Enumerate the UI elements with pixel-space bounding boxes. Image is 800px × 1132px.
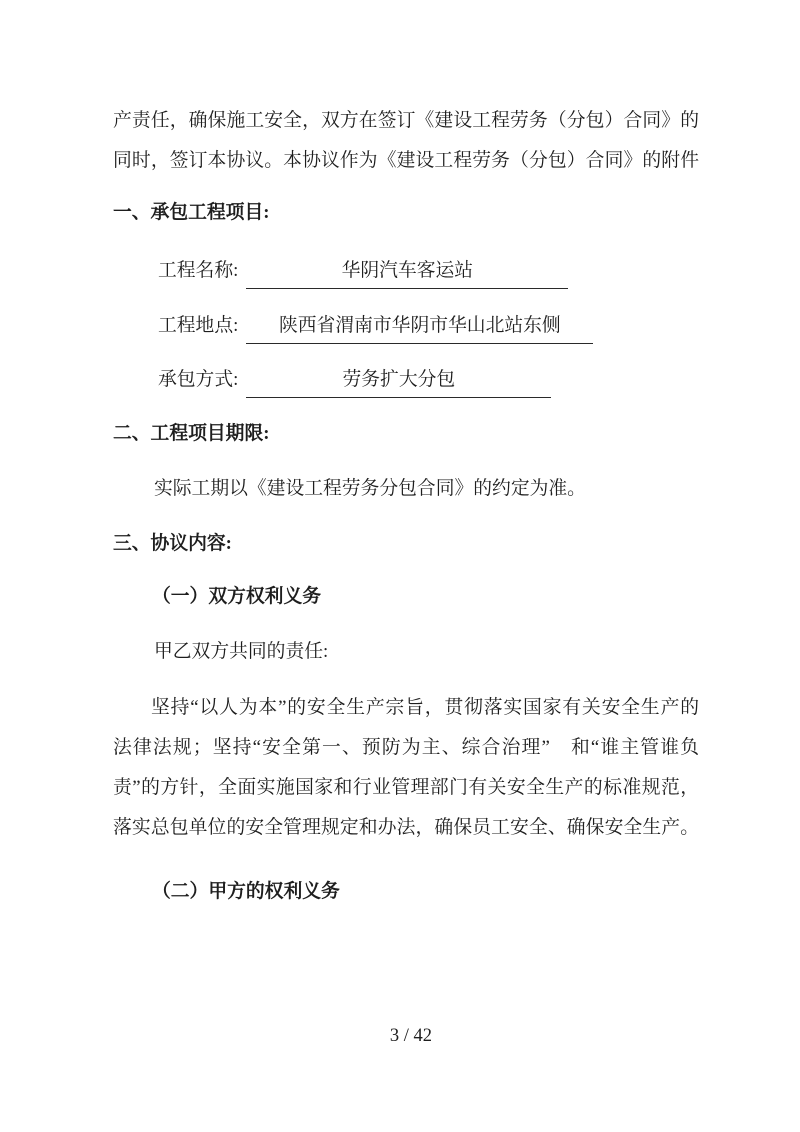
field-underline: 陕西省渭南市华阴市华山北站东侧	[246, 310, 593, 344]
section-1-heading: 一、承包工程项目:	[113, 193, 699, 233]
paragraph-line: 坚持“以人为本”的安全生产宗旨，贯彻落实国家有关安全生产的	[113, 688, 699, 728]
field-value-project-name: 华阴汽车客运站	[342, 260, 473, 281]
field-underline: 劳务扩大分包	[246, 364, 551, 398]
field-underline: 华阴汽车客运站	[246, 255, 568, 289]
field-row-project-name: 工程名称:华阴汽车客运站	[113, 253, 699, 289]
paragraph-line: 法律法规；坚持“安全第一、预防为主、综合治理” 和“谁主管谁负	[113, 728, 699, 768]
document-page: 产责任，确保施工安全，双方在签订《建设工程劳务（分包）合同》的 同时，签订本协议…	[0, 0, 800, 1132]
subsection-2-heading: （二）甲方的权利义务	[113, 872, 699, 912]
field-label-project-location: 工程地点:	[158, 308, 238, 344]
page-footer: 3 / 42	[113, 1024, 699, 1048]
section-3-heading: 三、协议内容:	[113, 524, 699, 564]
section-2-heading: 二、工程项目期限:	[113, 414, 699, 454]
field-value-project-location: 陕西省渭南市华阴市华山北站东侧	[279, 315, 561, 336]
paragraph-line: 同时，签订本协议。本协议作为《建设工程劳务（分包）合同》的附件	[113, 141, 699, 181]
subsection-1-heading: （一）双方权利义务	[113, 577, 699, 617]
page-number: 3 / 42	[390, 1026, 432, 1046]
field-value-contract-mode: 劳务扩大分包	[343, 369, 456, 390]
field-row-project-location: 工程地点:陕西省渭南市华阴市华山北站东侧	[113, 308, 699, 344]
paragraph-line: 落实总包单位的安全管理规定和办法，确保员工安全、确保安全生产。	[113, 808, 699, 848]
field-label-project-name: 工程名称:	[158, 253, 238, 289]
paragraph-line: 产责任，确保施工安全，双方在签订《建设工程劳务（分包）合同》的	[113, 101, 699, 141]
subsection-1-lead: 甲乙双方共同的责任:	[113, 632, 699, 672]
field-label-contract-mode: 承包方式:	[158, 362, 238, 398]
clause-paragraph: 坚持“以人为本”的安全生产宗旨，贯彻落实国家有关安全生产的 法律法规；坚持“安全…	[113, 688, 699, 848]
intro-paragraph: 产责任，确保施工安全，双方在签订《建设工程劳务（分包）合同》的 同时，签订本协议…	[113, 101, 699, 181]
section-2-body: 实际工期以《建设工程劳务分包合同》的约定为准。	[113, 469, 699, 509]
document-content: 产责任，确保施工安全，双方在签订《建设工程劳务（分包）合同》的 同时，签订本协议…	[113, 101, 699, 912]
paragraph-line: 责”的方针，全面实施国家和行业管理部门有关安全生产的标准规范，	[113, 768, 699, 808]
field-row-contract-mode: 承包方式:劳务扩大分包	[113, 362, 699, 398]
